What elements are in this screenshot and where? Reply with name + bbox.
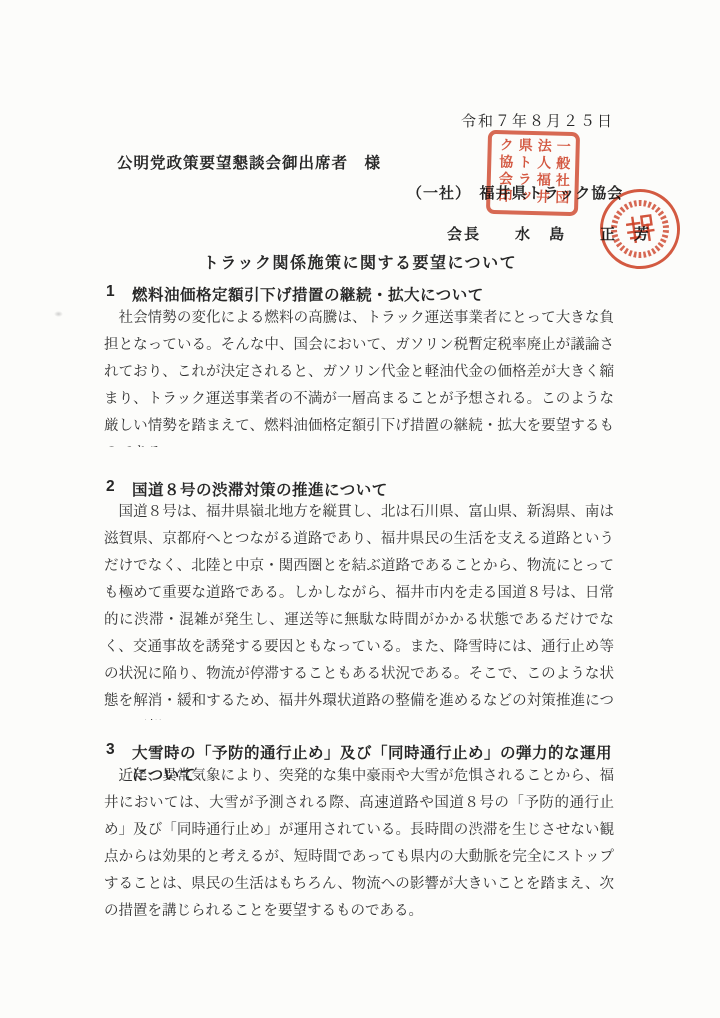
section-2-heading: 2 国道８号の渋滞対策の推進について bbox=[106, 478, 626, 500]
scanned-request-document: 令和７年８月２５日 公明党政策要望懇談会御出席者 様 （一社） 福井県トラック協… bbox=[0, 0, 720, 1018]
section-1-heading: 1 燃料油価格定額引下げ措置の継続・拡大について bbox=[106, 283, 626, 305]
organization-square-seal-icon: 一般社団法人福井県トラック協会印 bbox=[486, 130, 580, 216]
section-3-body: 近年、異常気象により、突発的な集中豪雨や大雪が危惧されることから、福井においては… bbox=[104, 763, 614, 930]
document-date: 令和７年８月２５日 bbox=[461, 110, 614, 131]
section-1-heading-text: 燃料油価格定額引下げ措置の継続・拡大について bbox=[132, 283, 484, 305]
addressee-line: 公明党政策要望懇談会御出席者 様 bbox=[117, 151, 381, 173]
section-1-body: 社会情勢の変化による燃料の高騰は、トラック運送事業者にとって大きな負担となってい… bbox=[104, 305, 614, 447]
round-seal-engraving bbox=[603, 192, 678, 267]
scan-artifact bbox=[54, 311, 63, 317]
section-2-body: 国道８号は、福井県嶺北地方を縦貫し、北は石川県、富山県、新潟県、南は滋賀県、京都… bbox=[104, 499, 614, 720]
section-2-number: 2 bbox=[106, 478, 132, 500]
section-2-heading-text: 国道８号の渋滞対策の推進について bbox=[132, 478, 388, 500]
square-seal-text: 一般社団法人福井県トラック協会印 bbox=[494, 137, 572, 209]
section-1-number: 1 bbox=[106, 283, 132, 305]
